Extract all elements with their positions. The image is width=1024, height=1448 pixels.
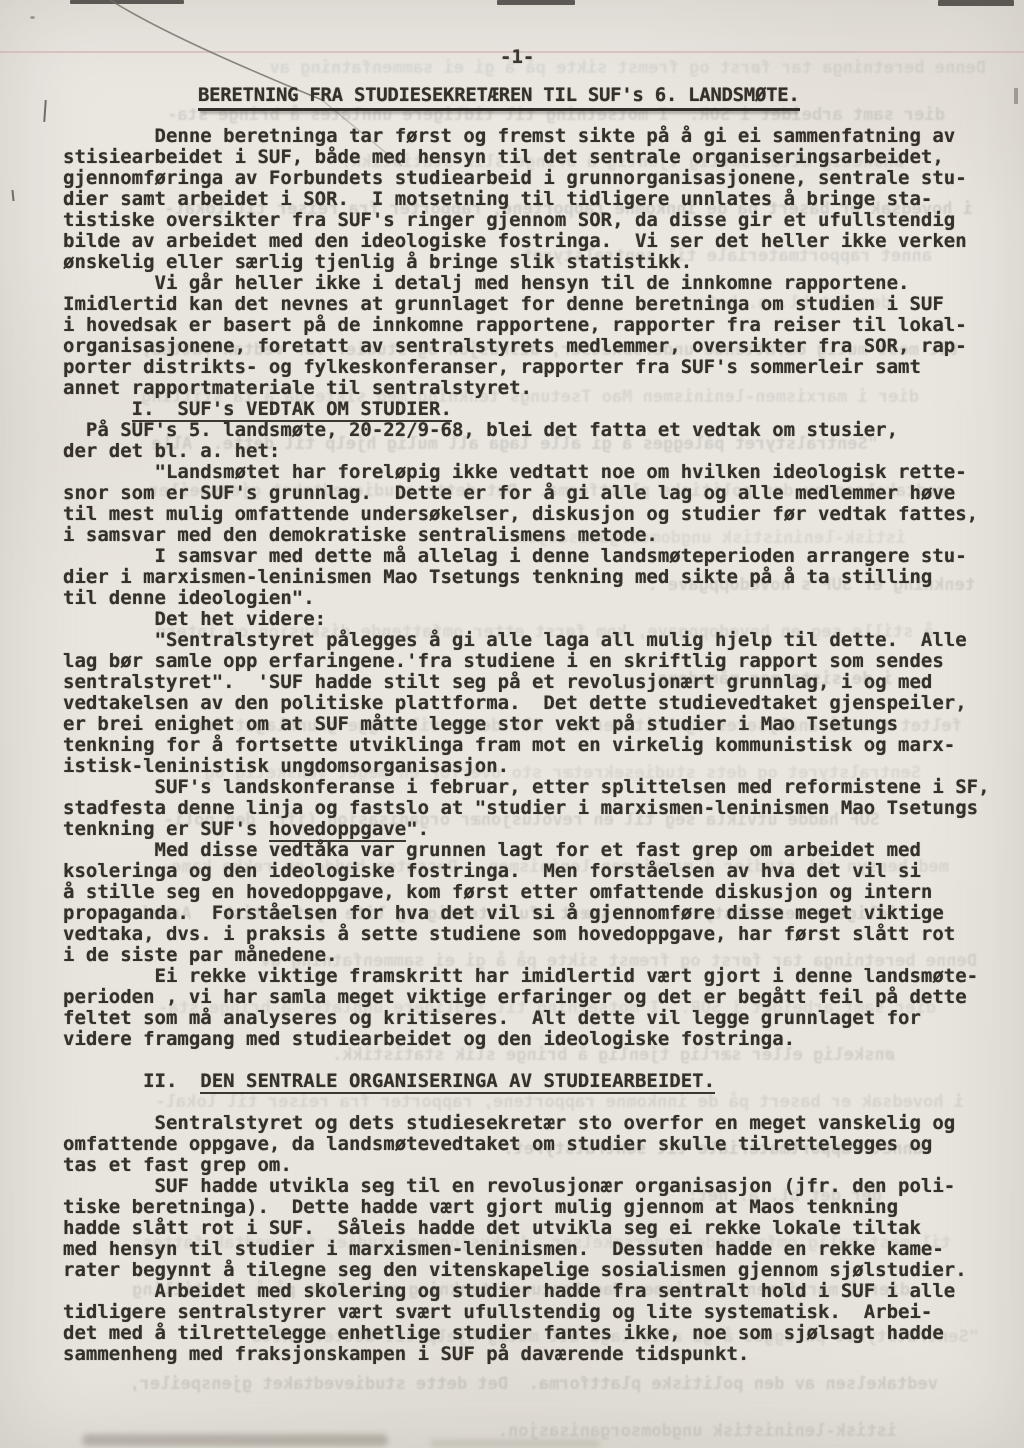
text-line: sammenheng med fraksjonskampen i SUF på … — [63, 1344, 993, 1365]
text-line: der det bl. a. het: — [63, 441, 993, 462]
text-line: sentralstyret". 'SUF hadde stilt seg på … — [63, 672, 993, 693]
text-line: til denne ideologien". — [63, 588, 993, 609]
text-line: tenkning for å fortsette utviklinga fram… — [63, 735, 993, 756]
text-line: istisk-leninistisk ungdomsorganisasjon. — [63, 756, 993, 777]
text-line: ønskelig eller særlig tjenlig å bringe s… — [63, 252, 993, 273]
text-line: i samsvar med den demokratiske sentralis… — [63, 525, 993, 546]
text-line: Det het videre: — [63, 609, 993, 630]
text-line: rater begynnt å tilegne seg den vitenska… — [63, 1260, 993, 1281]
margin-mark — [1014, 88, 1018, 104]
text-line: til mest mulig omfattende undersøkelser,… — [63, 504, 993, 525]
text-line: "Sentralstyret pålegges å gi alle laga a… — [63, 630, 993, 651]
text-line — [63, 1050, 993, 1071]
text-line: propaganda. Forståelsen for hva det vil … — [63, 903, 993, 924]
text-line: videre framgang med studiearbeidet og de… — [63, 1029, 993, 1050]
text-line: stisiearbeidet i SUF, både med hensyn ti… — [63, 147, 993, 168]
margin-mark — [11, 190, 14, 201]
text-line: "Landsmøtet har foreløpig ikke vedtatt n… — [63, 462, 993, 483]
text-line: vedtakelsen av den politiske plattforma.… — [63, 693, 993, 714]
text-line: tistiske oversikter fra SUF's ringer gje… — [63, 210, 993, 231]
text-line: Med disse vedtåka var grunnen lagt for e… — [63, 840, 993, 861]
text-line: perioden , vi har samla meget viktige er… — [63, 987, 993, 1008]
document-body: Denne beretninga tar først og fremst sik… — [63, 126, 993, 1365]
text-line: annet rapportmateriale til sentralstyret… — [63, 378, 993, 399]
scan-edge-mark — [70, 0, 184, 4]
text-line: porter distrikts- og fylkeskonferanser, … — [63, 357, 993, 378]
text-line: gjennomføringa av Forbundets studiearbei… — [63, 168, 993, 189]
text-line: Denne beretninga tar først og fremst sik… — [63, 126, 993, 147]
document-title: BERETNING FRA STUDIESEKRETÆREN TIL SUF's… — [198, 84, 800, 111]
text-line: tenkning er SUF's hovedoppgave". — [63, 819, 993, 840]
text-line: dier samt arbeidet i SOR. I motsetning t… — [63, 189, 993, 210]
text-line: tidligere sentralstyrer vært svært ufull… — [63, 1302, 993, 1323]
text-line: å stille seg en hovedoppgave, kom først … — [63, 882, 993, 903]
heading-line: I. SUF's VEDTAK OM STUDIER. — [63, 399, 993, 420]
text-line: dier i marxismen-leninismen Mao Tsetungs… — [63, 567, 993, 588]
margin-mark — [43, 100, 47, 122]
text-line: ksoleringa og den ideologiske fostringa.… — [63, 861, 993, 882]
text-line: SUF hadde utvikla seg til en revolusjonæ… — [63, 1176, 993, 1197]
bleedthrough-text: istisk-leninistisk ungdomsorganisasjon. — [498, 1421, 897, 1441]
text-line: I samsvar med dette må allelag i denne l… — [63, 546, 993, 567]
bleedthrough-text: vedtakelsen av den politiske plattforma.… — [129, 1374, 938, 1394]
text-line: På SUF's 5. landsmøte, 20-22/9-68, blei … — [63, 420, 993, 441]
scan-edge-mark — [497, 0, 575, 5]
text-line: snor som er SUF's grunnlag. Dette er for… — [63, 483, 993, 504]
text-line: tas et fast grep om. — [63, 1155, 993, 1176]
page-number: -1- — [500, 46, 534, 68]
text-line: Sentralstyret og dets studiesekretær sto… — [63, 1113, 993, 1134]
text-line: Imidlertid kan det nevnes at grunnlaget … — [63, 294, 993, 315]
text-line: er brei enighet om at SUF måtte legge st… — [63, 714, 993, 735]
text-line: organisasjonene, foretatt av sentralstyr… — [63, 336, 993, 357]
margin-mark — [30, 16, 35, 19]
text-line: tiske beretninga). Dette hadde vært gjor… — [63, 1197, 993, 1218]
text-line: Vi går heller ikke i detalj med hensyn t… — [63, 273, 993, 294]
heading-line: II. DEN SENTRALE ORGANISERINGA AV STUDIE… — [63, 1071, 993, 1092]
text-line: feltet som må analyseres og kritiseres. … — [63, 1008, 993, 1029]
text-line: det med å tilrettelegge enhetlige studie… — [63, 1323, 993, 1344]
text-line: bilde av arbeidet med den ideologiske fo… — [63, 231, 993, 252]
text-line: i de siste par månedene. — [63, 945, 993, 966]
text-line — [63, 1092, 993, 1113]
text-line: stadfesta denne linja og fastslo at "stu… — [63, 798, 993, 819]
text-line: vedtaka, dvs. i praksis å sette studiene… — [63, 924, 993, 945]
bottom-smudge — [430, 1440, 600, 1447]
text-line: Ei rekke viktige framskritt har imidlert… — [63, 966, 993, 987]
text-line: Arbeidet med skolering og studier hadde … — [63, 1281, 993, 1302]
text-line: SUF's landskonferanse i februar, etter s… — [63, 777, 993, 798]
text-line: hadde slått rot i SUF. Såleis hadde det … — [63, 1218, 993, 1239]
scan-edge-mark — [938, 0, 1014, 6]
bleedthrough-text: Denne beretninga tar først og fremst sik… — [270, 58, 986, 78]
document-page: Denne beretninga tar først og fremst sik… — [0, 0, 1024, 1448]
bottom-smudge — [82, 1434, 388, 1446]
text-line: i hovedsak er basert på de innkomne rapp… — [63, 315, 993, 336]
text-line: omfattende oppgave, da landsmøtevedtaket… — [63, 1134, 993, 1155]
text-line: lag bør samle opp erfaringene.'fra studi… — [63, 651, 993, 672]
text-line: med hensyn til studier i marxismen-lenin… — [63, 1239, 993, 1260]
